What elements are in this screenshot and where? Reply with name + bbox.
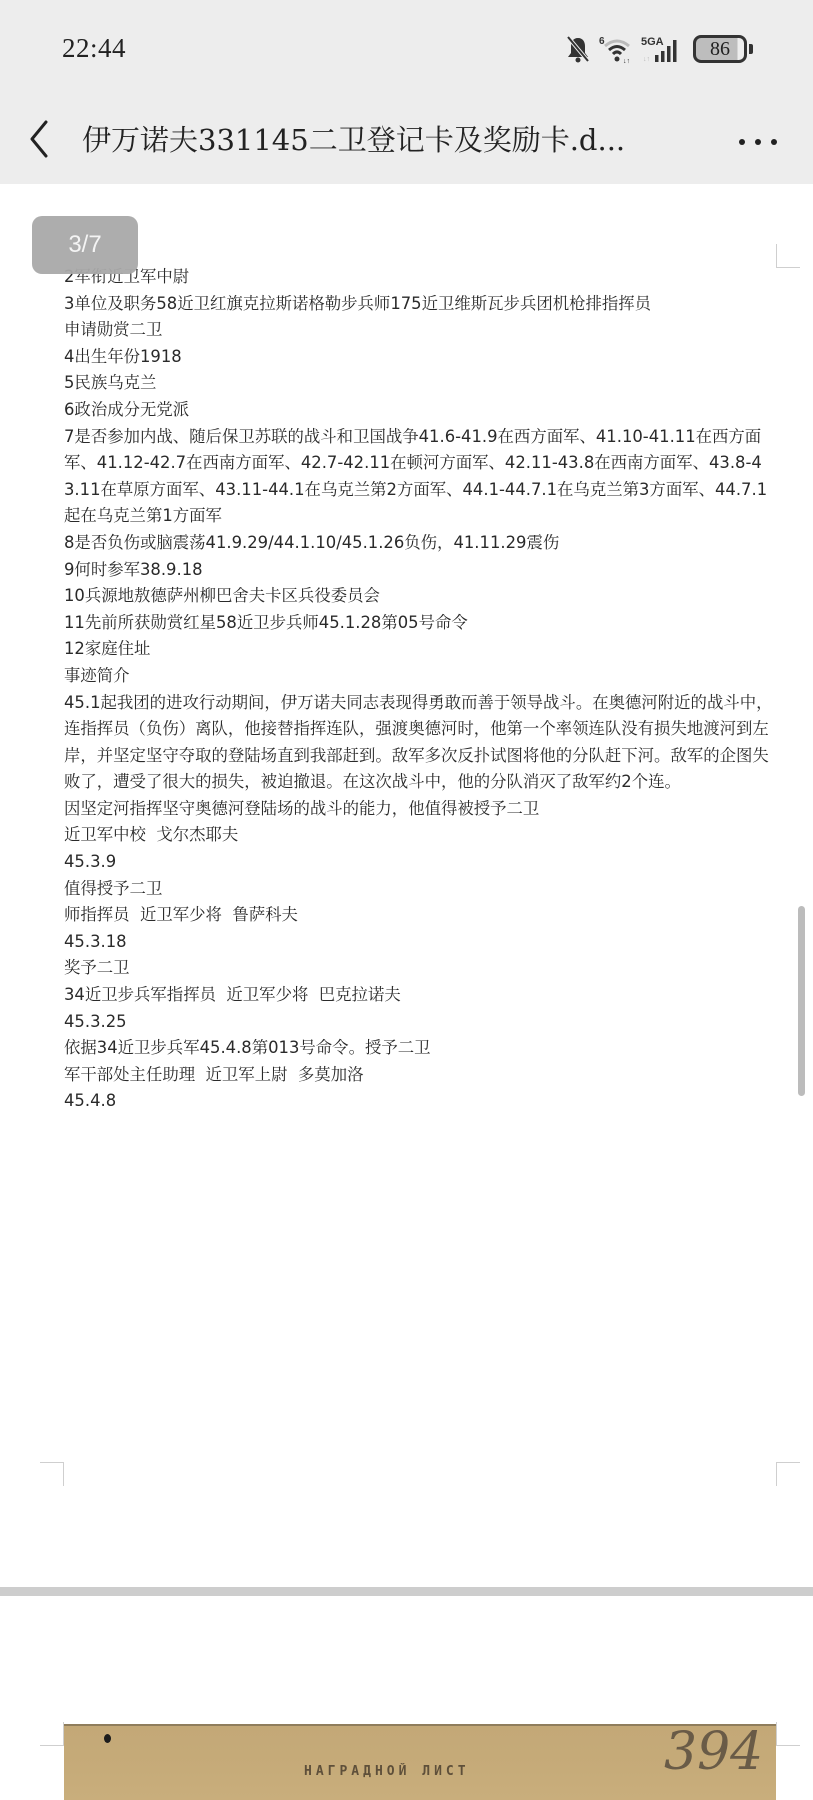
page-separator [0, 1587, 813, 1596]
svg-text:↓↑: ↓↑ [643, 56, 650, 63]
doc-line-endorsement-2: 值得授予二卫 [64, 876, 776, 903]
doc-line-date-1: 45.3.9 [64, 849, 776, 876]
doc-line-party: 6政治成分无党派 [64, 397, 776, 424]
battery-icon: 86 [693, 35, 753, 63]
more-dot-icon [771, 139, 777, 145]
page-corner-mark [776, 244, 800, 268]
doc-line-signer-1: 近卫军中校 戈尔杰耶夫 [64, 822, 776, 849]
doc-line-endorsement-3: 奖予二卫 [64, 955, 776, 982]
page-indicator: 3/7 [32, 216, 138, 274]
doc-line-summary-heading: 事迹简介 [64, 663, 776, 690]
doc-line-birth-year: 4出生年份1918 [64, 344, 776, 371]
doc-line-signer-3: 34近卫步兵军指挥员 近卫军少将 巴克拉诺夫 [64, 982, 776, 1009]
page-corner-mark [776, 1722, 800, 1746]
doc-line-rank: 2军衔近卫军中尉 [64, 264, 776, 291]
page-corner-mark [40, 1722, 64, 1746]
scan-heading: НАГРАДНОЙ ЛИСТ [304, 1764, 470, 1779]
doc-line-award-requested: 申请勋赏二卫 [64, 317, 776, 344]
chevron-left-icon [22, 114, 62, 164]
doc-line-signer-4: 军干部处主任助理 近卫军上尉 多莫加洛 [64, 1062, 776, 1089]
status-bar: 22:44 6 ↓↑ 5GA [0, 0, 813, 100]
title-bar: 伊万诺夫331145二卫登记卡及奖励卡.d... [0, 100, 813, 184]
page-corner-mark [40, 1462, 64, 1486]
doc-line-signer-2: 师指挥员 近卫军少将 鲁萨科夫 [64, 902, 776, 929]
svg-text:↓↑: ↓↑ [623, 58, 630, 64]
more-options-button[interactable] [733, 122, 783, 162]
wifi-6-icon: 6 ↓↑ [599, 34, 633, 64]
scrollbar-thumb[interactable] [798, 906, 805, 1096]
doc-line-unit: 3单位及职务58近卫红旗克拉斯诺格勒步兵师175近卫维斯瓦步兵团机枪排指挥员 [64, 291, 776, 318]
page-corner-mark [776, 1462, 800, 1486]
doc-line-home-address: 12家庭住址 [64, 636, 776, 663]
doc-line-wounds: 8是否负伤或脑震荡41.9.29/44.1.10/45.1.26负伤，41.11… [64, 530, 776, 557]
battery-level: 86 [693, 35, 747, 63]
doc-line-ethnicity: 5民族乌克兰 [64, 370, 776, 397]
scan-handwritten-mark: 394 [664, 1724, 763, 1782]
more-dot-icon [739, 139, 745, 145]
scanned-award-sheet-image: НАГРАДНОЙ ЛИСТ 394 [64, 1724, 776, 1800]
document-title: 伊万诺夫331145二卫登记卡及奖励卡.d... [82, 118, 692, 159]
doc-line-date-4: 45.4.8 [64, 1088, 776, 1115]
doc-line-date-2: 45.3.18 [64, 929, 776, 956]
document-page-text: 2军衔近卫军中尉 3单位及职务58近卫红旗克拉斯诺格勒步兵师175近卫维斯瓦步兵… [64, 264, 776, 1115]
status-icons: 6 ↓↑ 5GA ↓↑ 86 [565, 32, 753, 66]
svg-text:5GA: 5GA [641, 36, 664, 48]
doc-line-order: 依据34近卫步兵军45.4.8第013号命令。授予二卫 [64, 1035, 776, 1062]
more-dot-icon [755, 139, 761, 145]
doc-line-conclusion: 因坚定河指挥坚守奥德河登陆场的战斗的能力，他值得被授予二卫 [64, 796, 776, 823]
doc-line-date-3: 45.3.25 [64, 1009, 776, 1036]
status-time: 22:44 [62, 33, 126, 64]
back-button[interactable] [22, 114, 62, 164]
mute-bell-icon [565, 34, 591, 64]
scan-ink-spot [104, 1734, 111, 1743]
doc-line-service-history: 7是否参加内战、随后保卫苏联的战斗和卫国战争41.6-41.9在西方面军、41.… [64, 424, 776, 530]
5g-signal-icon: 5GA ↓↑ [641, 34, 685, 64]
svg-text:6: 6 [599, 36, 605, 47]
doc-line-draft-office: 10兵源地敖德萨州柳巴舍夫卡区兵役委员会 [64, 583, 776, 610]
doc-line-enlistment: 9何时参军38.9.18 [64, 557, 776, 584]
doc-line-previous-awards: 11先前所获勋赏红星58近卫步兵师45.1.28第05号命令 [64, 610, 776, 637]
document-viewer[interactable]: 3/7 2军衔近卫军中尉 3单位及职务58近卫红旗克拉斯诺格勒步兵师175近卫维… [0, 184, 813, 1800]
doc-line-summary-body: 45.1起我团的进攻行动期间，伊万诺夫同志表现得勇敢而善于领导战斗。在奥德河附近… [64, 690, 776, 796]
